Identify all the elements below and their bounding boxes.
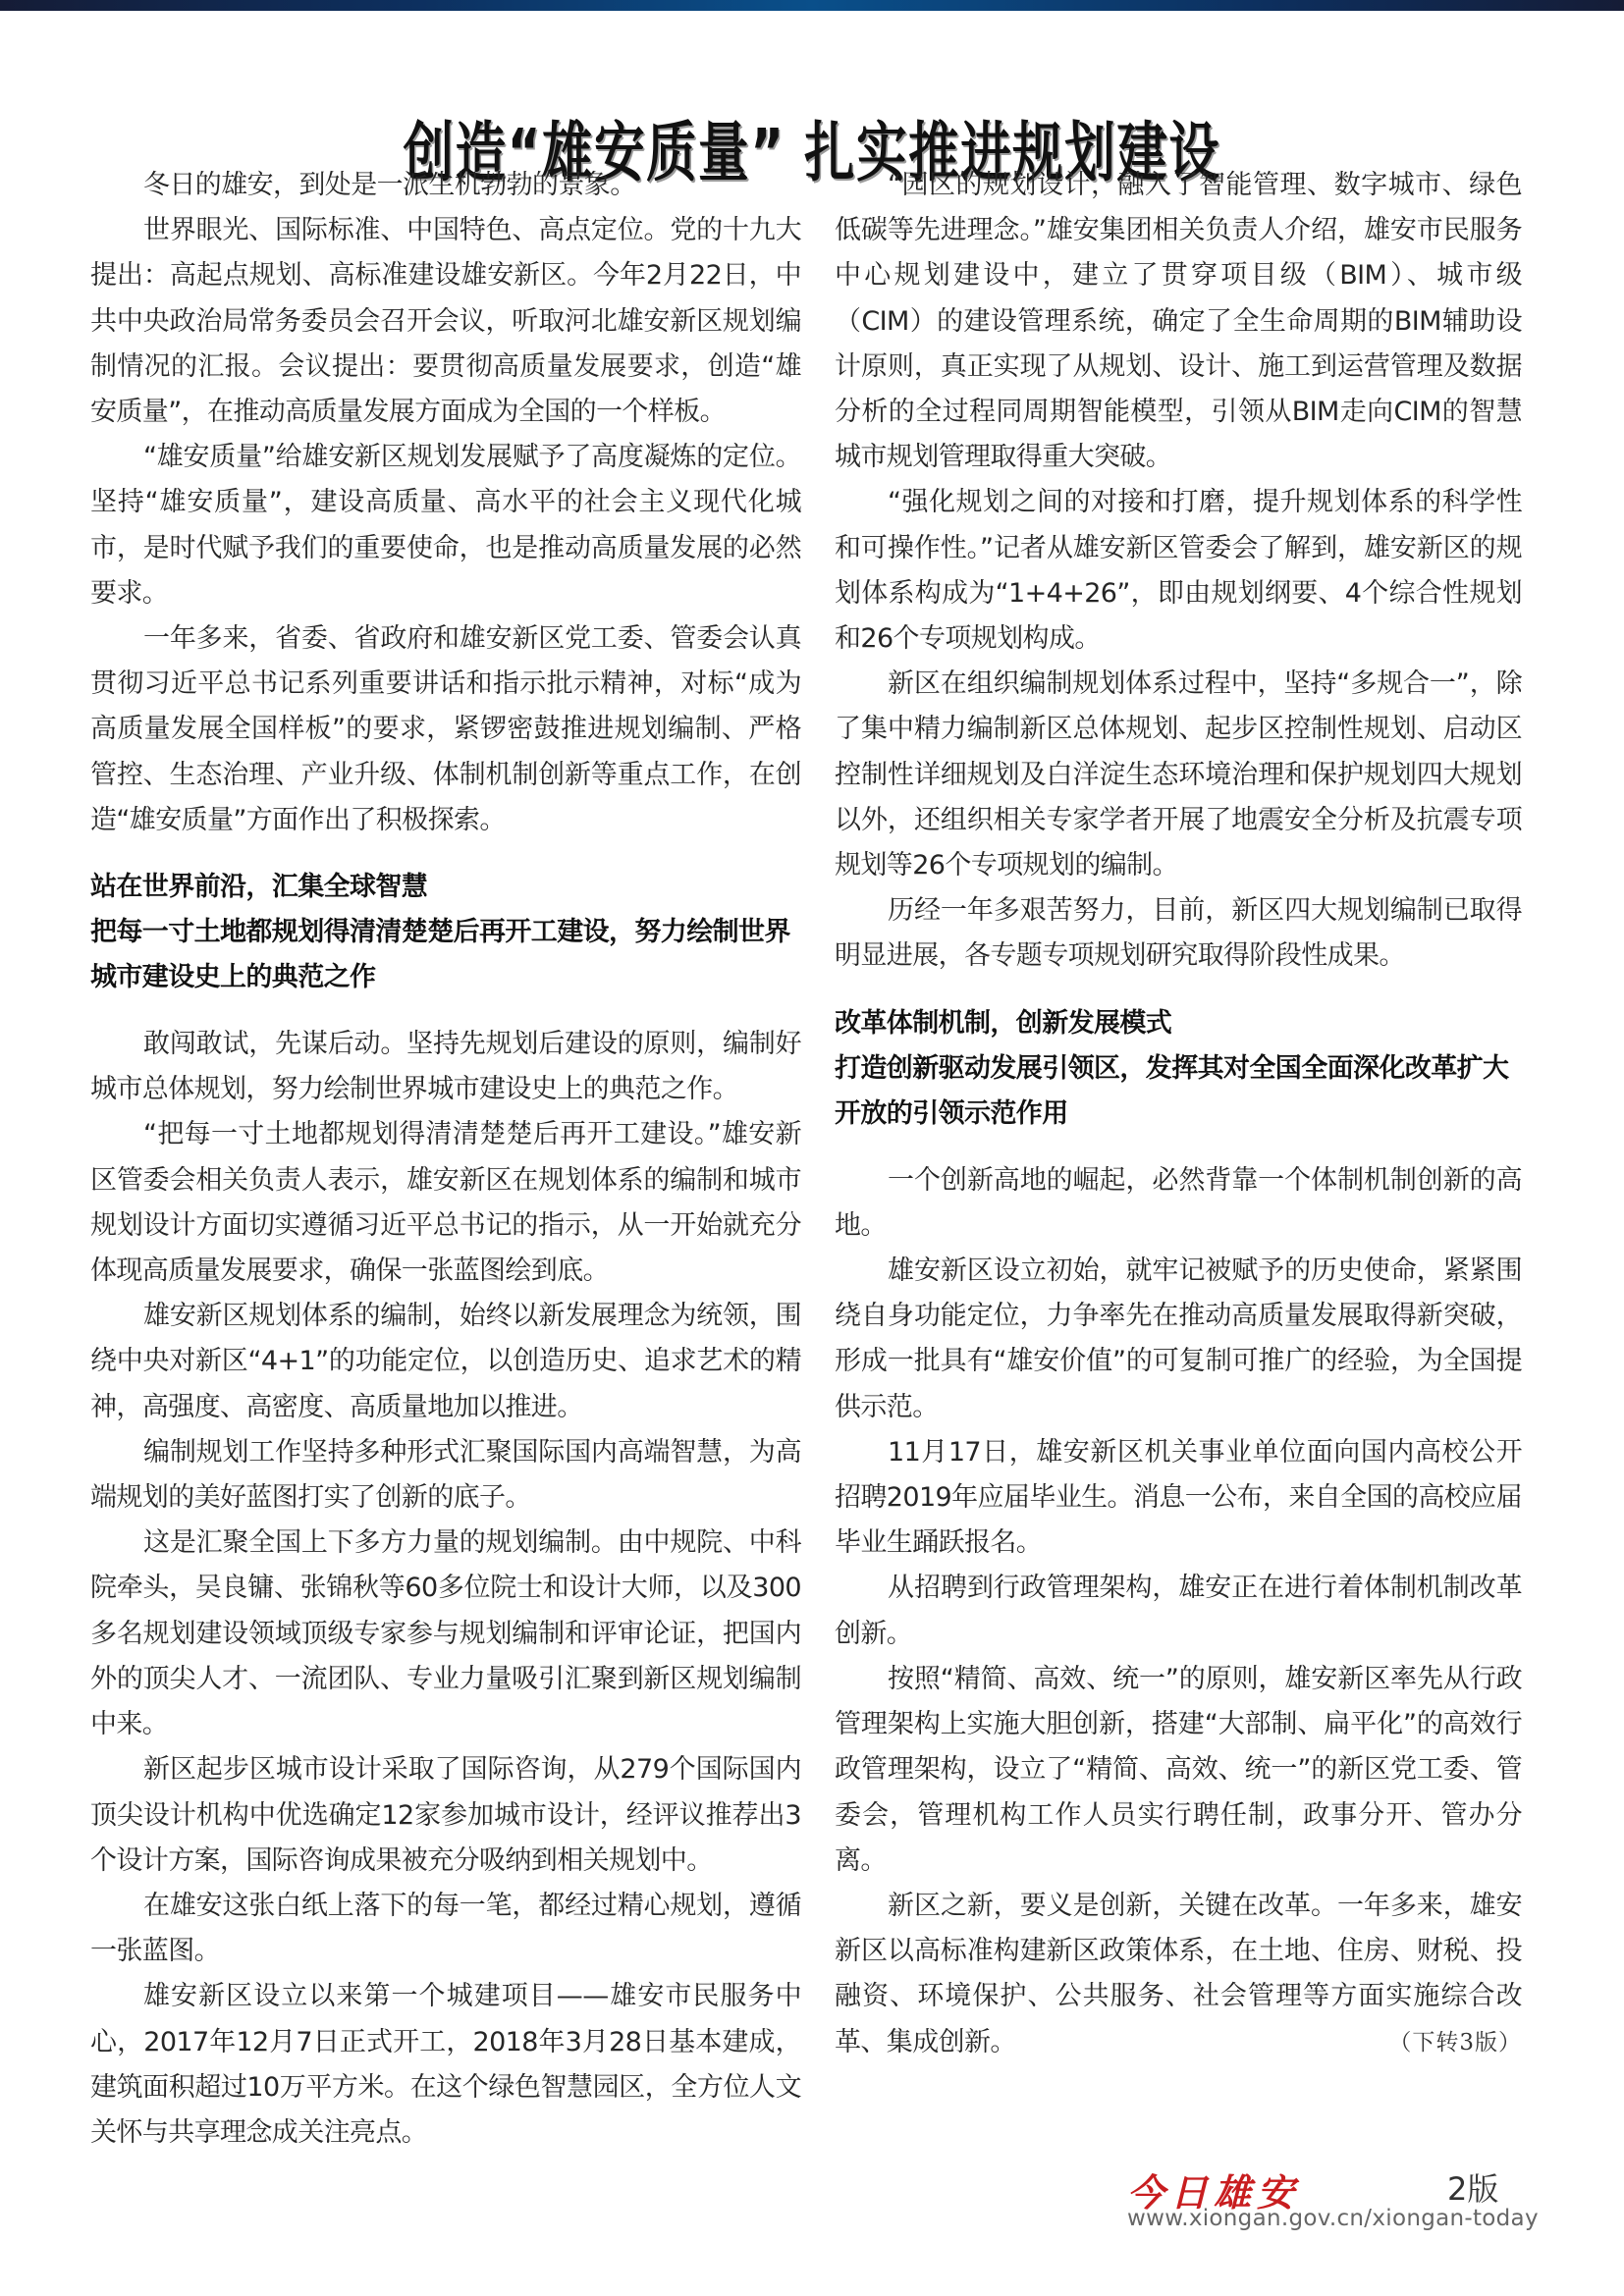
body-paragraph: 雄安新区设立以来第一个城建项目——雄安市民服务中心，2017年12月7日正式开工… xyxy=(90,1974,801,2156)
section-subheading: 打造创新驱动发展引领区，发挥其对全国全面深化改革扩大开放的引领示范作用 xyxy=(835,1046,1522,1137)
body-paragraph: 编制规划工作坚持多种形式汇聚国际国内高端智慧，为高端规划的美好蓝图打实了创新的底… xyxy=(90,1430,801,1521)
page-number: 2版 xyxy=(1447,2164,1498,2210)
body-paragraph: 11月17日，雄安新区机关事业单位面向国内高校公开招聘2019年应届毕业生。消息… xyxy=(835,1430,1522,1567)
left-column: 冬日的雄安，到处是一派生机勃勃的景象。 世界眼光、国际标准、中国特色、高点定位。… xyxy=(90,163,801,2156)
footer-url-link[interactable]: www.xiongan.gov.cn/xiongan-today xyxy=(1127,2206,1539,2231)
body-paragraph: 新区起步区城市设计采取了国际咨询，从279个国际国内顶尖设计机构中优选确定12家… xyxy=(90,1747,801,1884)
body-paragraph: 历经一年多艰苦努力，目前，新区四大规划编制已取得明显进展，各专题专项规划研究取得… xyxy=(835,888,1522,979)
section-heading: 站在世界前沿，汇集全球智慧 xyxy=(90,865,801,910)
body-paragraph: 按照“精简、高效、统一”的原则，雄安新区率先从行政管理架构上实施大胆创新，搭建“… xyxy=(835,1657,1522,1884)
body-paragraph: 雄安新区规划体系的编制，始终以新发展理念为统领，围绕中央对新区“4+1”的功能定… xyxy=(90,1294,801,1430)
body-paragraph: “园区的规划设计，融入了智能管理、数字城市、绿色低碳等先进理念。”雄安集团相关负… xyxy=(835,163,1522,480)
body-paragraph: 从招聘到行政管理架构，雄安正在进行着体制机制改革创新。 xyxy=(835,1566,1522,1656)
body-paragraph: “强化规划之间的对接和打磨，提升规划体系的科学性和可操作性。”记者从雄安新区管委… xyxy=(835,480,1522,662)
intro-paragraph: 世界眼光、国际标准、中国特色、高点定位。党的十九大提出：高起点规划、高标准建设雄… xyxy=(90,208,801,435)
intro-paragraph: 一年多来，省委、省政府和雄安新区党工委、管委会认真贯彻习近平总书记系列重要讲话和… xyxy=(90,616,801,843)
intro-paragraph: 冬日的雄安，到处是一派生机勃勃的景象。 xyxy=(90,163,801,208)
body-paragraph-last: 新区之新，要义是创新，关键在改革。一年多来，雄安新区以高标准构建新区政策体系，在… xyxy=(835,1884,1522,2065)
section-subheading: 把每一寸土地都规划得清清楚楚后再开工建设，努力绘制世界城市建设史上的典范之作 xyxy=(90,910,801,1000)
body-paragraph: “把每一寸土地都规划得清清楚楚后再开工建设。”雄安新区管委会相关负责人表示，雄安… xyxy=(90,1112,801,1294)
section-heading: 改革体制机制，创新发展模式 xyxy=(835,1001,1522,1046)
body-paragraph: 新区在组织编制规划体系过程中，坚持“多规合一”，除了集中精力编制新区总体规划、起… xyxy=(835,662,1522,888)
right-column: “园区的规划设计，融入了智能管理、数字城市、绿色低碳等先进理念。”雄安集团相关负… xyxy=(835,163,1522,2065)
body-paragraph: 在雄安这张白纸上落下的每一笔，都经过精心规划，遵循一张蓝图。 xyxy=(90,1884,801,1974)
top-banner xyxy=(0,0,1624,11)
intro-paragraph: “雄安质量”给雄安新区规划发展赋予了高度凝炼的定位。坚持“雄安质量”，建设高质量… xyxy=(90,435,801,616)
body-paragraph: 敢闯敢试，先谋后动。坚持先规划后建设的原则，编制好城市总体规划，努力绘制世界城市… xyxy=(90,1022,801,1112)
continued-on-page-note: （下转3版） xyxy=(1335,2020,1522,2065)
body-paragraph: 雄安新区设立初始，就牢记被赋予的历史使命，紧紧围绕自身功能定位，力争率先在推动高… xyxy=(835,1249,1522,1430)
body-paragraph: 一个创新高地的崛起，必然背靠一个体制机制创新的高地。 xyxy=(835,1158,1522,1249)
body-paragraph: 这是汇聚全国上下多方力量的规划编制。由中规院、中科院牵头，吴良镛、张锦秋等60多… xyxy=(90,1521,801,1747)
